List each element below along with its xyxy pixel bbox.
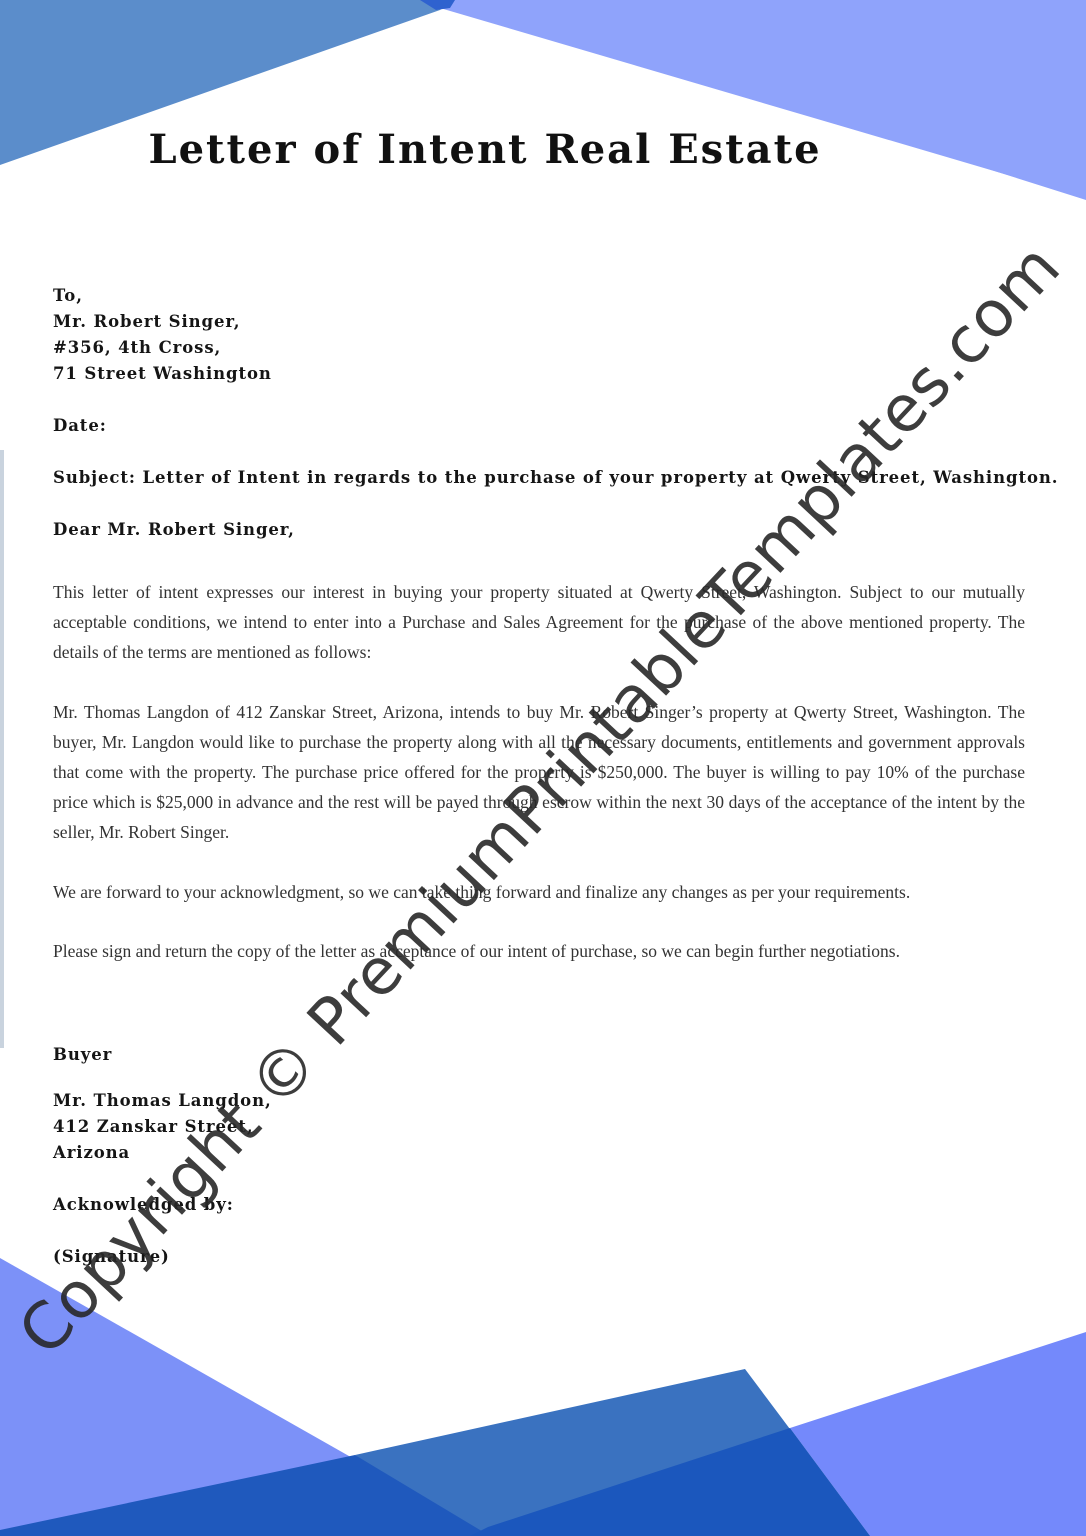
recipient-address-2: 71 Street Washington: [53, 361, 1025, 387]
letter-body: To, Mr. Robert Singer, #356, 4th Cross, …: [53, 283, 1025, 1270]
buyer-label: Buyer: [53, 1042, 1025, 1068]
buyer-block: Mr. Thomas Langdon, 412 Zanskar Street, …: [53, 1088, 1025, 1166]
buyer-address-1: 412 Zanskar Street,: [53, 1114, 1025, 1140]
paragraph-intro: This letter of intent expresses our inte…: [53, 577, 1025, 667]
greeting: Dear Mr. Robert Singer,: [53, 517, 1025, 543]
recipient-to: To,: [53, 283, 1025, 309]
date-label: Date:: [53, 413, 1025, 439]
paragraph-sign-request: Please sign and return the copy of the l…: [53, 936, 1025, 966]
document-title: Letter of Intent Real Estate: [0, 126, 970, 173]
acknowledged-by-label: Acknowledged by:: [53, 1192, 1025, 1218]
buyer-name: Mr. Thomas Langdon,: [53, 1088, 1025, 1114]
recipient-name: Mr. Robert Singer,: [53, 309, 1025, 335]
recipient-address-1: #356, 4th Cross,: [53, 335, 1025, 361]
paragraph-acknowledgment: We are forward to your acknowledgment, s…: [53, 877, 1025, 907]
signature-label: (Signature): [53, 1244, 1025, 1270]
buyer-address-2: Arizona: [53, 1140, 1025, 1166]
recipient-block: To, Mr. Robert Singer, #356, 4th Cross, …: [53, 283, 1025, 387]
subject-line: Subject: Letter of Intent in regards to …: [53, 465, 1025, 491]
paragraph-terms: Mr. Thomas Langdon of 412 Zanskar Street…: [53, 697, 1025, 847]
left-margin-rule: [0, 450, 4, 1048]
